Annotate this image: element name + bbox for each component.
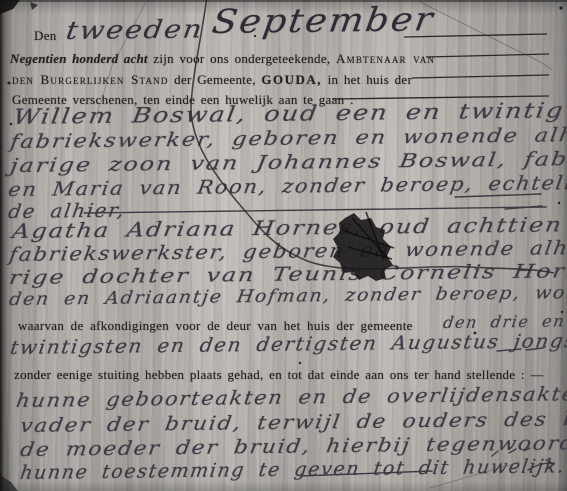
pen-arrow-flourish [528,460,554,470]
marriage-certificate-scan: Den tweeden September Negentien honderd … [0,0,567,491]
handwritten-dash [497,349,521,351]
scratch-line [430,462,520,488]
handwritten-dash [84,207,546,213]
handwritten-dash [455,194,541,197]
handwritten-dash [300,471,432,476]
corner-damage [0,0,567,491]
handwritten-dash [526,348,543,350]
scratch-line [96,2,146,118]
scan-artefacts-overlay [0,0,567,491]
ink-blot [333,212,394,281]
filler-rule [404,34,547,37]
scan-speck [8,6,564,364]
filler-rule [332,96,549,99]
pen-tick-marks [492,448,530,456]
filler-rule [412,75,549,78]
